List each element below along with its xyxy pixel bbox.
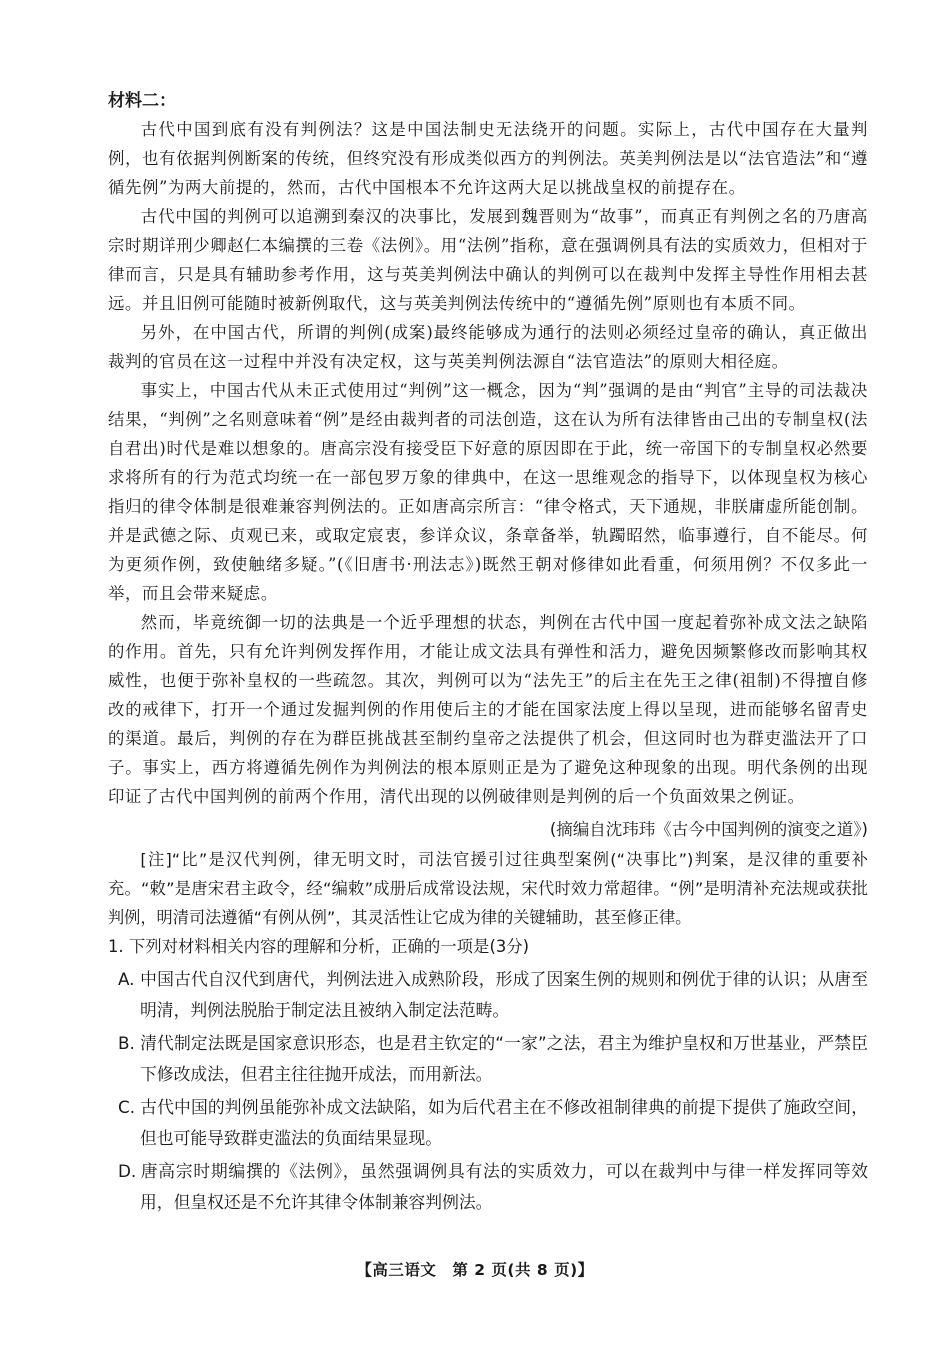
option-letter: C. [118,1092,140,1123]
paragraph: 然而，毕竟统御一切的法典是一个近乎理想的状态，判例在古代中国一度起着弥补成文法之… [108,608,868,811]
option-b[interactable]: B.清代制定法既是国家意识形态，也是君主钦定的“一家”之法，君主为维护皇权和万世… [108,1028,868,1090]
option-text: 清代制定法既是国家意识形态，也是君主钦定的“一家”之法，君主为维护皇权和万世基业… [140,1033,868,1084]
option-letter: A. [118,964,140,995]
option-c[interactable]: C.古代中国的判例虽能弥补成文法缺陷，如为后代君主在不修改祖制律典的前提下提供了… [108,1092,868,1154]
material-heading: 材料二： [108,88,868,114]
option-a[interactable]: A.中国古代自汉代到唐代，判例法进入成熟阶段，形成了因案生例的规则和例优于律的认… [108,964,868,1026]
exam-page: 材料二： 古代中国到底有没有判例法？这是中国法制史无法绕开的问题。实际上，古代中… [108,88,868,1218]
paragraph: 另外，在中国古代，所谓的判例(成案)最终能够成为通行的法则必须经过皇帝的确认，真… [108,318,868,376]
paragraph: 古代中国到底有没有判例法？这是中国法制史无法绕开的问题。实际上，古代中国存在大量… [108,115,868,202]
paragraph: 古代中国的判例可以追溯到秦汉的决事比，发展到魏晋则为“故事”，而真正有判例之名的… [108,202,868,318]
option-letter: D. [118,1156,140,1187]
question-stem: 1. 下列对材料相关内容的理解和分析，正确的一项是(3分) [108,932,868,962]
source-citation: (摘编自沈玮玮《古今中国判例的演变之道》) [108,815,868,845]
annotation-note: [注]“比”是汉代判例，律无明文时，司法官援引过往典型案例(“决事比”)判案，是… [108,845,868,932]
page-footer: 【高三语文 第 2 页(共 8 页)】 [0,1258,950,1280]
option-letter: B. [118,1028,140,1059]
answer-options: A.中国古代自汉代到唐代，判例法进入成熟阶段，形成了因案生例的规则和例优于律的认… [108,964,868,1218]
option-d[interactable]: D.唐高宗时期编撰的《法例》，虽然强调例具有法的实质效力，可以在裁判中与律一样发… [108,1156,868,1218]
option-text: 中国古代自汉代到唐代，判例法进入成熟阶段，形成了因案生例的规则和例优于律的认识；… [140,969,868,1020]
paragraph: 事实上，中国古代从未正式使用过“判例”这一概念，因为“判”强调的是由“判官”主导… [108,376,868,608]
option-text: 唐高宗时期编撰的《法例》，虽然强调例具有法的实质效力，可以在裁判中与律一样发挥同… [140,1161,868,1212]
option-text: 古代中国的判例虽能弥补成文法缺陷，如为后代君主在不修改祖制律典的前提下提供了施政… [140,1097,868,1148]
